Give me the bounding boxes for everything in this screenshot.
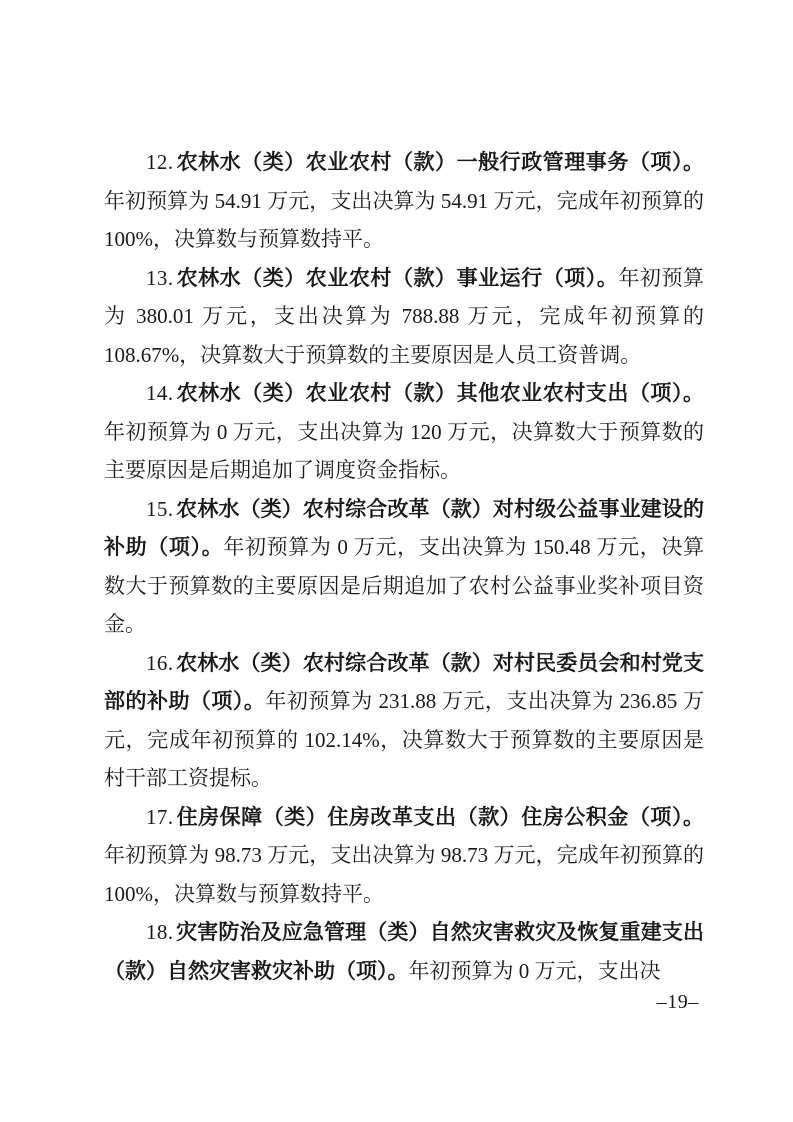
paragraph-17-heading: 住房保障（类）住房改革支出（款）住房公积金（项）。 <box>176 805 704 829</box>
paragraph-12-number: 12. <box>146 150 174 174</box>
paragraph-16-number: 16. <box>146 651 174 675</box>
paragraph-15-number: 15. <box>146 497 174 521</box>
paragraph-17-number: 17. <box>146 805 174 829</box>
paragraph-14-body: 年初预算为 0 万元，支出决算为 120 万元，决算数大于预算数的主要原因是后期… <box>104 420 704 483</box>
paragraph-18-body: 年初预算为 0 万元，支出决 <box>409 959 661 983</box>
paragraph-13-heading: 农林水（类）农业农村（款）事业运行（项）。 <box>176 266 618 290</box>
paragraph-17-body: 年初预算为 98.73 万元，支出决算为 98.73 万元，完成年初预算的 10… <box>104 843 704 906</box>
paragraph-14: 14.农林水（类）农业农村（款）其他农业农村支出（项）。年初预算为 0 万元，支… <box>104 374 704 490</box>
paragraph-12-body: 年初预算为 54.91 万元，支出决算为 54.91 万元，完成年初预算的 10… <box>104 189 704 252</box>
paragraph-15: 15.农林水（类）农村综合改革（款）对村级公益事业建设的补助（项）。年初预算为 … <box>104 490 704 644</box>
paragraph-13: 13.农林水（类）农业农村（款）事业运行（项）。年初预算为 380.01 万元，… <box>104 259 704 375</box>
paragraph-16: 16.农林水（类）农村综合改革（款）对村民委员会和村党支部的补助（项）。年初预算… <box>104 644 704 798</box>
paragraph-12: 12.农林水（类）农业农村（款）一般行政管理事务（项）。年初预算为 54.91 … <box>104 143 704 259</box>
paragraph-14-heading: 农林水（类）农业农村（款）其他农业农村支出（项）。 <box>176 381 704 405</box>
document-page: 12.农林水（类）农业农村（款）一般行政管理事务（项）。年初预算为 54.91 … <box>0 0 793 1122</box>
paragraph-17: 17.住房保障（类）住房改革支出（款）住房公积金（项）。年初预算为 98.73 … <box>104 798 704 914</box>
paragraph-13-number: 13. <box>146 266 174 290</box>
paragraph-18: 18.灾害防治及应急管理（类）自然灾害救灾及恢复重建支出（款）自然灾害救灾补助（… <box>104 913 704 990</box>
paragraph-14-number: 14. <box>146 381 174 405</box>
page-number: –19– <box>657 990 699 1014</box>
paragraph-12-heading: 农林水（类）农业农村（款）一般行政管理事务（项）。 <box>176 150 704 174</box>
paragraph-18-number: 18. <box>146 920 174 944</box>
document-body: 12.农林水（类）农业农村（款）一般行政管理事务（项）。年初预算为 54.91 … <box>104 143 704 990</box>
